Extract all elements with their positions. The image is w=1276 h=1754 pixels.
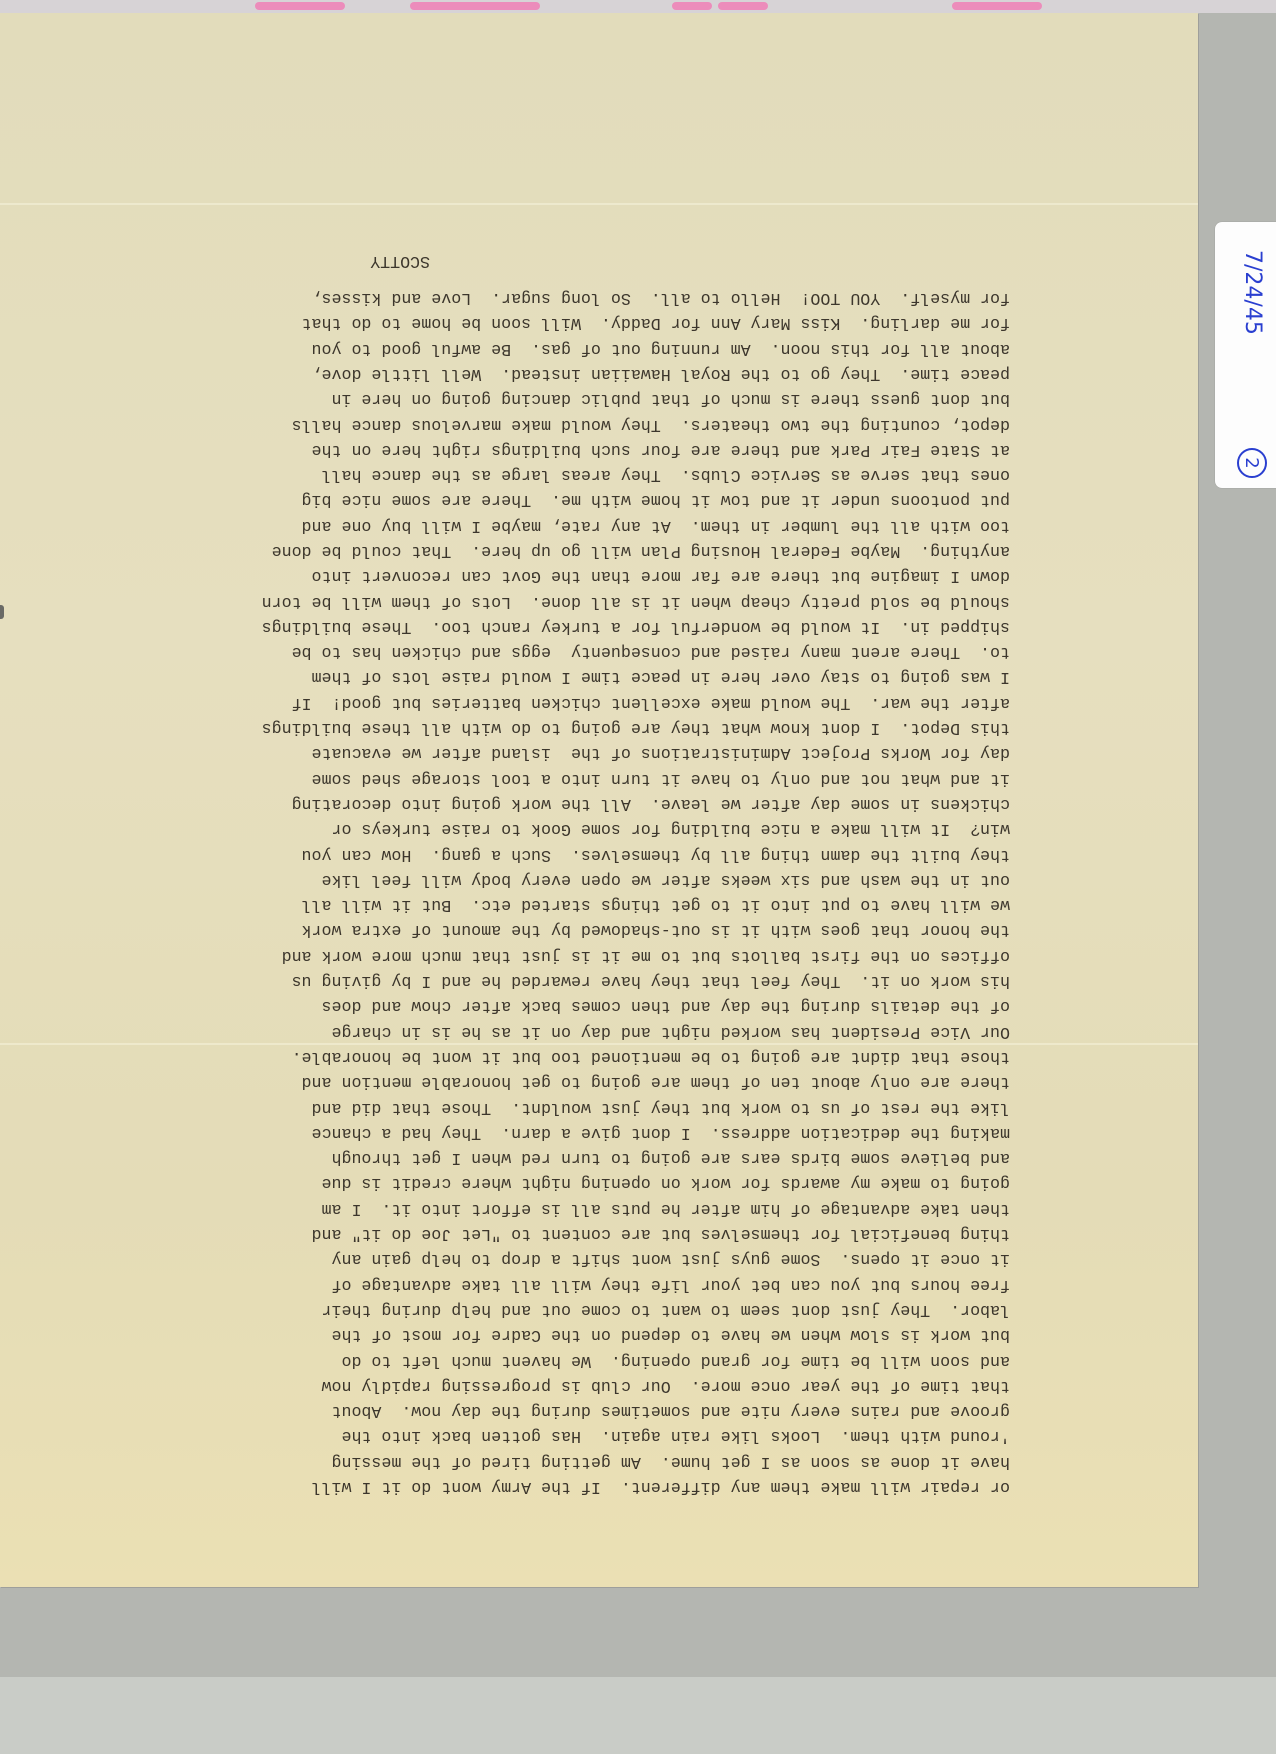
letter-lines: or repair will make them any different. … (118, 286, 1010, 1500)
letter-line: ones that serve as Service Clubs. They a… (118, 463, 1010, 488)
letter-line: it once it opens. Some guys just wont sh… (118, 1247, 1010, 1272)
letter-line: labor. They just dont seem to want to co… (118, 1298, 1010, 1323)
letter-line: for me darling. Kiss Mary Ann for Daddy.… (118, 311, 1010, 336)
letter-line: day for Works Project Administrations of… (118, 741, 1010, 766)
letter-line: I was going to stay over here in peace t… (118, 665, 1010, 690)
letter-line: and soon will be time for grand opening.… (118, 1348, 1010, 1373)
letter-line: his work on it. They feel that they have… (118, 969, 1010, 994)
letter-line: that time of the year once more. Our clu… (118, 1374, 1010, 1399)
letter-line: or repair will make them any different. … (118, 1475, 1010, 1500)
letter-line: too with all the lumber in them. At any … (118, 513, 1010, 538)
letter-line: groove and rains every nite and sometime… (118, 1399, 1010, 1424)
letter-line: about all for this noon. Am running out … (118, 336, 1010, 361)
letter-line: going to make my awards for work on open… (118, 1171, 1010, 1196)
tag-date: 7/24/45 (1240, 250, 1265, 335)
letter-line: they built the damn thing all by themsel… (118, 842, 1010, 867)
letter-line: out in the wash and six weeks after we o… (118, 868, 1010, 893)
letter-line: thing beneficial for themselves but are … (118, 1222, 1010, 1247)
signature: SCOTTY (370, 249, 430, 274)
letter-line: 'round with them. Looks like rain again.… (118, 1424, 1010, 1449)
tag-page-number: 2 (1237, 448, 1267, 478)
archive-tag: 7/24/45 2 (1215, 222, 1276, 488)
letter-line: chickens in some day after we leave. All… (118, 792, 1010, 817)
letter-line: it and what not and only to have it turn… (118, 766, 1010, 791)
letter-line: for myself. YOU TOO! Hello to all. So lo… (118, 286, 1010, 311)
letter-line: this Depot. I dont know what they are go… (118, 716, 1010, 741)
letter-line: then take advantage of him after he puts… (118, 1196, 1010, 1221)
letter-line: to. There arent many raised and conseque… (118, 640, 1010, 665)
letter-line: anything. Maybe Federal Housing Plan wil… (118, 539, 1010, 564)
letter-line: shipped in. It would be wonderful for a … (118, 615, 1010, 640)
letter-line: like the rest of us to work but they jus… (118, 1095, 1010, 1120)
letter-line: free hours but you can bet your life the… (118, 1272, 1010, 1297)
page-edge-mark (0, 605, 4, 619)
letter-line: the honor that goes with it is out-shado… (118, 918, 1010, 943)
letter-line: making the dedication address. I dont gi… (118, 1121, 1010, 1146)
letter-line: at State Fair Park and there are four su… (118, 438, 1010, 463)
letter-line: but dont guess there is much of that pub… (118, 387, 1010, 412)
letter-line: should be sold pretty cheap when it is a… (118, 589, 1010, 614)
letter-line: there are only about ten of them are goi… (118, 1070, 1010, 1095)
scanner-bed-edge (0, 1677, 1276, 1754)
paper-fold (0, 203, 1198, 205)
letter-line: we will have to put into it to get thing… (118, 893, 1010, 918)
letter-line: after the war. The would make excellent … (118, 691, 1010, 716)
scan-artifact (255, 2, 345, 10)
scan-artifact (718, 2, 768, 10)
letter-line: but work is slow when we have to depend … (118, 1323, 1010, 1348)
letter-line: offices on the first ballots but to me i… (118, 943, 1010, 968)
letter-line: put pontoons under it and tow it home wi… (118, 488, 1010, 513)
letter-line: peace time. They go to the Royal Hawaiia… (118, 362, 1010, 387)
scan-artifact (672, 2, 712, 10)
typewritten-letter-body: or repair will make them any different. … (118, 238, 1010, 1500)
letter-line: win? It will make a nice building for so… (118, 817, 1010, 842)
letter-line: have it done as soon as I get hume. Am g… (118, 1449, 1010, 1474)
letter-line: depot, counting the two theaters. They w… (118, 412, 1010, 437)
letter-line: of the details during the day and then c… (118, 994, 1010, 1019)
letter-line: those that didnt are going to be mention… (118, 1045, 1010, 1070)
letter-line: down I imagine but there are far more th… (118, 564, 1010, 589)
scanner-top-strip (0, 0, 1276, 13)
letter-line: Our Vice President has worked night and … (118, 1019, 1010, 1044)
scan-artifact (410, 2, 540, 10)
scan-artifact (952, 2, 1042, 10)
letter-line: and believe some birds ears are going to… (118, 1146, 1010, 1171)
